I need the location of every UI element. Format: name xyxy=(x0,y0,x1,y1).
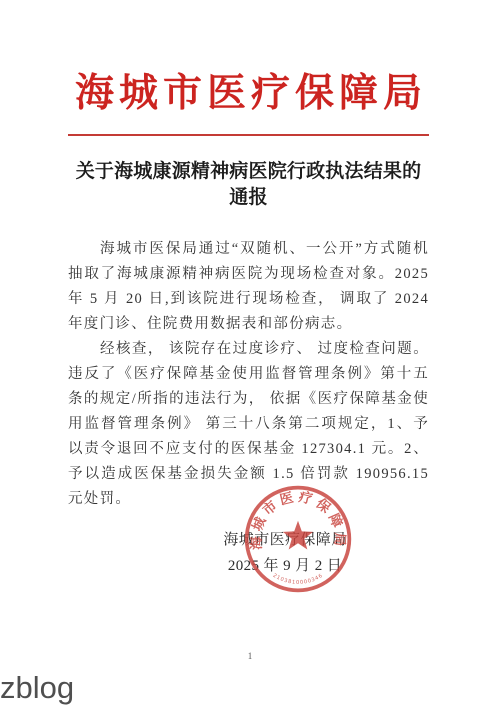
paragraph-inspection: 海城市医保局通过“双随机、一公开”方式随机抽取了海城康源精神病医院为现场检查对象… xyxy=(68,237,429,337)
document-page: 海城市医疗保障局 关于海城康源精神病医院行政执法结果的通报 海城市医保局通过“双… xyxy=(68,0,429,512)
signature-date: 2025 年 9 月 2 日 xyxy=(205,553,365,579)
signature-block: 海城市医疗保障局 2025 年 9 月 2 日 xyxy=(205,527,365,579)
zblog-watermark: zblog xyxy=(0,671,74,705)
notice-body: 海城市医保局通过“双随机、一公开”方式随机抽取了海城康源精神病医院为现场检查对象… xyxy=(68,237,429,512)
signature-agency: 海城市医疗保障局 xyxy=(205,527,365,553)
letterhead-divider xyxy=(68,134,429,136)
agency-letterhead: 海城市医疗保障局 xyxy=(68,71,434,118)
notice-title: 关于海城康源精神病医院行政执法结果的通报 xyxy=(68,159,429,211)
page-number: 1 xyxy=(0,651,500,661)
paragraph-penalty: 经核查， 该院存在过度诊疗、 过度检查问题。 违反了《医疗保障基金使用监督管理条… xyxy=(68,337,429,512)
